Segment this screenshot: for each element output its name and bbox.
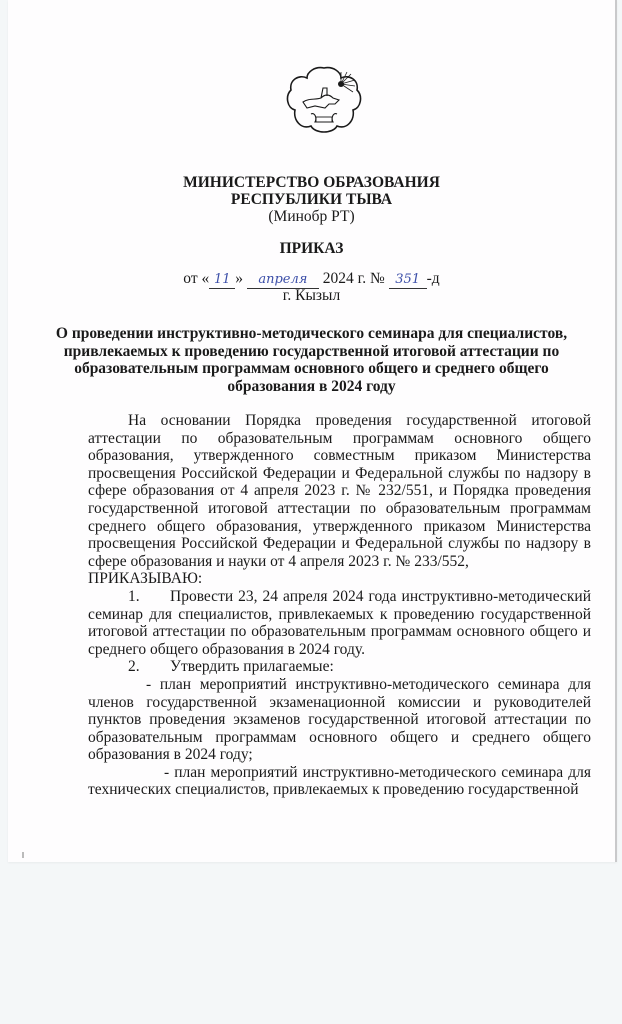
ministry-name: МИНИСТЕРСТВО ОБРАЗОВАНИЯ РЕСПУБЛИКИ ТЫВА [8, 174, 615, 208]
ministry-line-1: МИНИСТЕРСТВО ОБРАЗОВАНИЯ [8, 174, 615, 191]
document-body: На основании Порядка проведения государс… [88, 412, 591, 799]
date-prefix: от « [183, 270, 209, 287]
ministry-line-2: РЕСПУБЛИКИ ТЫВА [8, 191, 615, 208]
order-word: ПРИКАЗЫВАЮ: [88, 570, 591, 588]
tyva-coat-of-arms-icon [285, 64, 363, 136]
list-item: 1.Провести 23, 24 апреля 2024 года инстр… [88, 588, 591, 658]
document-page: МИНИСТЕРСТВО ОБРАЗОВАНИЯ РЕСПУБЛИКИ ТЫВА… [8, 0, 617, 862]
document-title: О проведении инструктивно-методического … [8, 325, 615, 395]
scan-mark [22, 852, 24, 858]
item-text: Утвердить прилагаемые: [170, 658, 334, 675]
date-year: 2024 г. № [323, 270, 385, 287]
sub-item: - план мероприятий инструктивно-методиче… [88, 676, 591, 764]
document-type: ПРИКАЗ [8, 240, 615, 258]
item-number: 1. [128, 588, 170, 606]
city: г. Кызыл [8, 287, 615, 305]
number-suffix: -д [427, 270, 440, 287]
sub-item: - план мероприятий инструктивно-методиче… [88, 764, 591, 799]
ministry-abbreviation: (Минобр РТ) [8, 208, 615, 226]
preamble: На основании Порядка проведения государс… [88, 412, 591, 570]
list-item: 2.Утвердить прилагаемые: [88, 658, 591, 676]
item-number: 2. [128, 658, 170, 676]
date-mid: » [235, 270, 243, 287]
